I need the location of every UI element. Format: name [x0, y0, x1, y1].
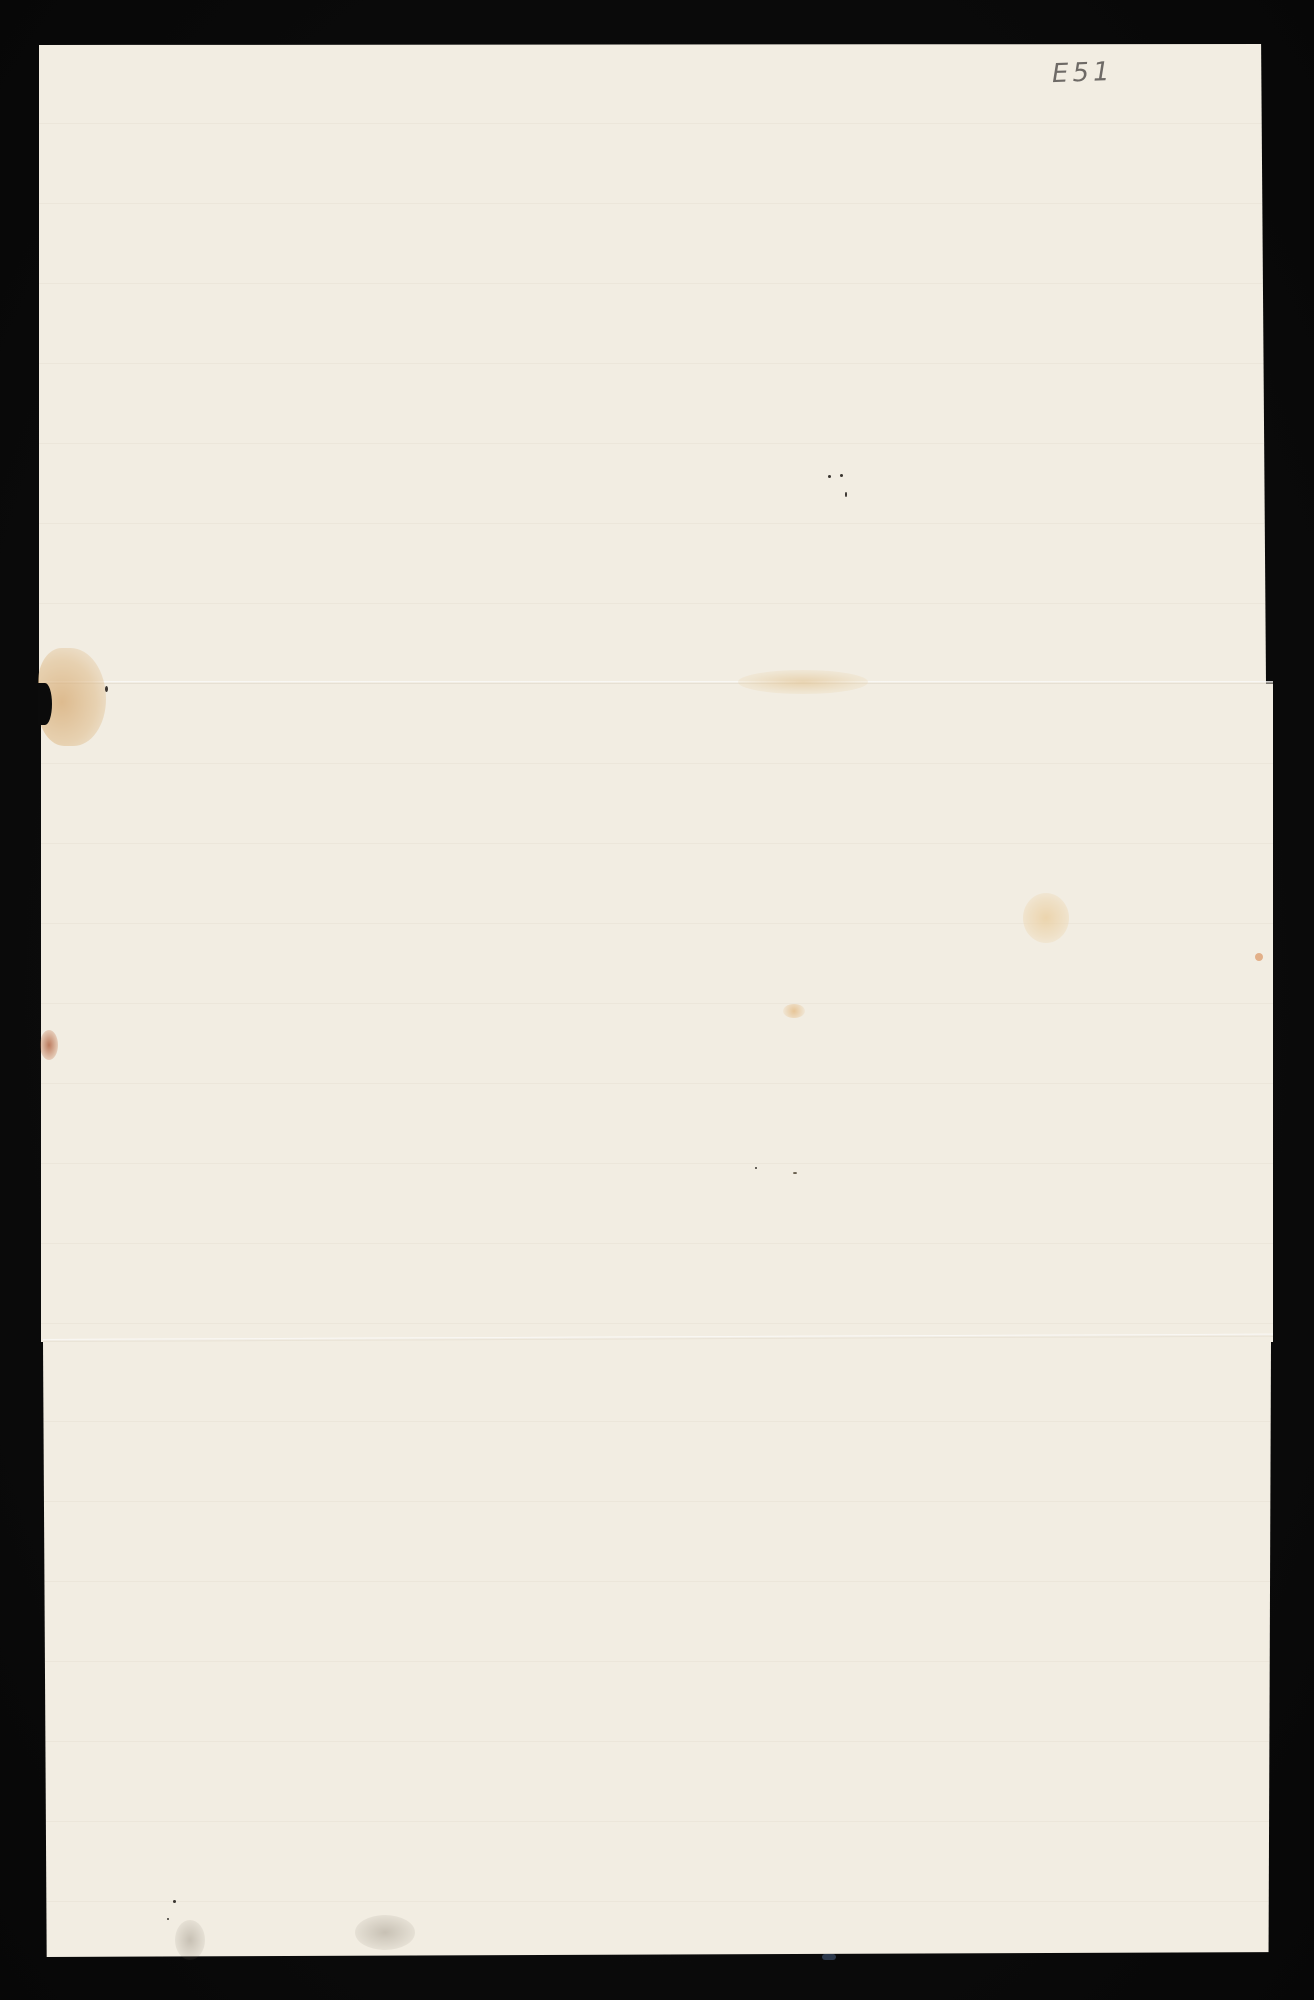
ink-speck [167, 1918, 169, 1920]
pencil-annotation: E51 [1051, 57, 1114, 89]
blue-mark-bottom-edge [822, 1954, 836, 1960]
fold-crease-upper [41, 681, 1273, 684]
paper-panel-lower [43, 1342, 1271, 1957]
paper-panel-middle [41, 684, 1273, 1342]
edge-tear [38, 683, 52, 725]
ink-speck [105, 686, 108, 692]
scan-background: E51 [0, 0, 1314, 2000]
ink-speck [755, 1167, 757, 1169]
ink-speck [793, 1172, 797, 1174]
paper-panel-upper [39, 44, 1266, 684]
ink-speck [845, 492, 847, 497]
ink-speck [828, 475, 831, 478]
paper-sheet: E51 [0, 0, 1314, 2000]
dirt-smudge [355, 1915, 415, 1950]
ink-speck [173, 1900, 176, 1903]
ink-speck [840, 474, 843, 477]
dirt-smudge [175, 1920, 205, 1960]
